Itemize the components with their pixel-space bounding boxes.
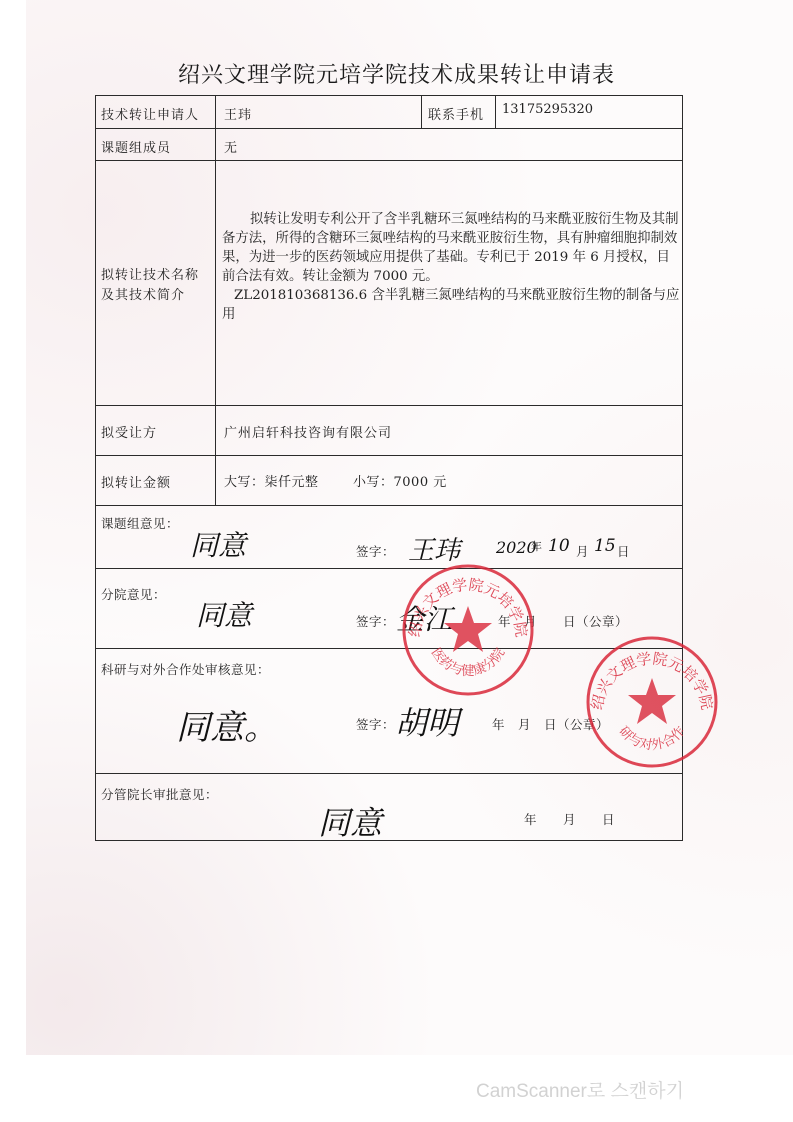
tech-description-paragraph: 拟转让发明专利公开了含半乳糖环三氮唑结构的马来酰亚胺衍生物及其制备方法，所得的含… xyxy=(222,210,682,286)
table-line xyxy=(95,160,683,161)
dean-opinion-handwriting: 同意 xyxy=(318,798,382,844)
table-line xyxy=(95,95,96,840)
table-line xyxy=(95,405,683,406)
tech-description: 拟转让发明专利公开了含半乳糖环三氮唑结构的马来酰亚胺衍生物及其制备方法，所得的含… xyxy=(222,210,682,324)
patent-title: ZL201810368136.6 含半乳糖三氮唑结构的马来酰亚胺衍生物的制备与应… xyxy=(222,286,682,324)
document-title: 绍兴文理学院元培学院技术成果转让申请表 xyxy=(0,58,793,89)
star-icon xyxy=(628,678,676,724)
branch-sign-label: 签字： xyxy=(356,612,395,630)
table-line xyxy=(421,95,422,128)
table-line xyxy=(95,505,683,506)
star-icon xyxy=(444,606,492,652)
research-opinion-handwriting: 同意。 xyxy=(176,700,278,749)
svg-text:医药与健康分院: 医药与健康分院 xyxy=(428,646,508,679)
applicant-label: 技术转让申请人 xyxy=(101,104,199,123)
phone-label: 联系手机 xyxy=(428,104,484,123)
dean-date: 年 月 日 xyxy=(524,810,615,828)
dean-opinion-label: 分管院长审批意见： xyxy=(101,785,218,803)
tech-label-line1: 拟转让技术名称 xyxy=(101,264,199,283)
table-line xyxy=(95,773,683,774)
research-office-official-stamp: 绍兴文理学院元培学院 科研与对外合作处 xyxy=(582,632,722,772)
amount-label: 拟转让金额 xyxy=(101,472,171,491)
branch-opinion-label: 分院意见： xyxy=(101,585,166,603)
branch-official-stamp: 绍兴文理学院元培学院 医药与健康分院 xyxy=(398,560,538,700)
research-sign-label: 签字： xyxy=(356,715,395,733)
transferee-label: 拟受让方 xyxy=(101,422,157,441)
amount-lower-value: 7000 元 xyxy=(394,475,447,490)
phone-value: 13175295320 xyxy=(502,102,593,117)
table-line xyxy=(495,95,496,128)
amount-lower-label: 小写： xyxy=(353,475,394,490)
branch-opinion-handwriting: 同意 xyxy=(196,594,252,634)
group-opinion-label: 课题组意见： xyxy=(101,514,179,532)
day-char: 日 xyxy=(617,542,630,560)
applicant-value: 王玮 xyxy=(224,104,252,123)
table-line xyxy=(95,455,683,456)
amount-upper-value: 柒仟元整 xyxy=(265,475,319,490)
branch-stamp-bottom-text: 医药与健康分院 xyxy=(428,646,508,679)
amount-upper: 大写：柒仟元整 xyxy=(224,471,319,490)
transferee-value: 广州启轩科技咨询有限公司 xyxy=(224,422,392,441)
group-opinion-handwriting: 同意 xyxy=(190,524,246,564)
group-date-month: 10 xyxy=(548,536,570,556)
camscanner-watermark: CamScanner로 스캔하기 xyxy=(476,1076,684,1103)
table-line xyxy=(95,568,683,569)
month-char: 月 xyxy=(576,542,589,560)
table-line xyxy=(215,95,216,505)
amount-lower: 小写：7000 元 xyxy=(353,471,447,490)
members-label: 课题组成员 xyxy=(101,137,171,156)
research-signature: 胡明 xyxy=(395,698,459,744)
table-line xyxy=(95,128,683,129)
group-date-day: 15 xyxy=(594,536,616,556)
year-char: 年 xyxy=(531,538,543,554)
research-opinion-label: 科研与对外合作处审核意见： xyxy=(101,660,270,678)
group-sign-label: 签字： xyxy=(356,542,395,560)
members-value: 无 xyxy=(224,137,238,156)
table-line xyxy=(95,840,683,841)
tech-label-line2: 及其技术简介 xyxy=(101,284,185,303)
table-line xyxy=(95,95,683,96)
amount-upper-label: 大写： xyxy=(224,475,265,490)
